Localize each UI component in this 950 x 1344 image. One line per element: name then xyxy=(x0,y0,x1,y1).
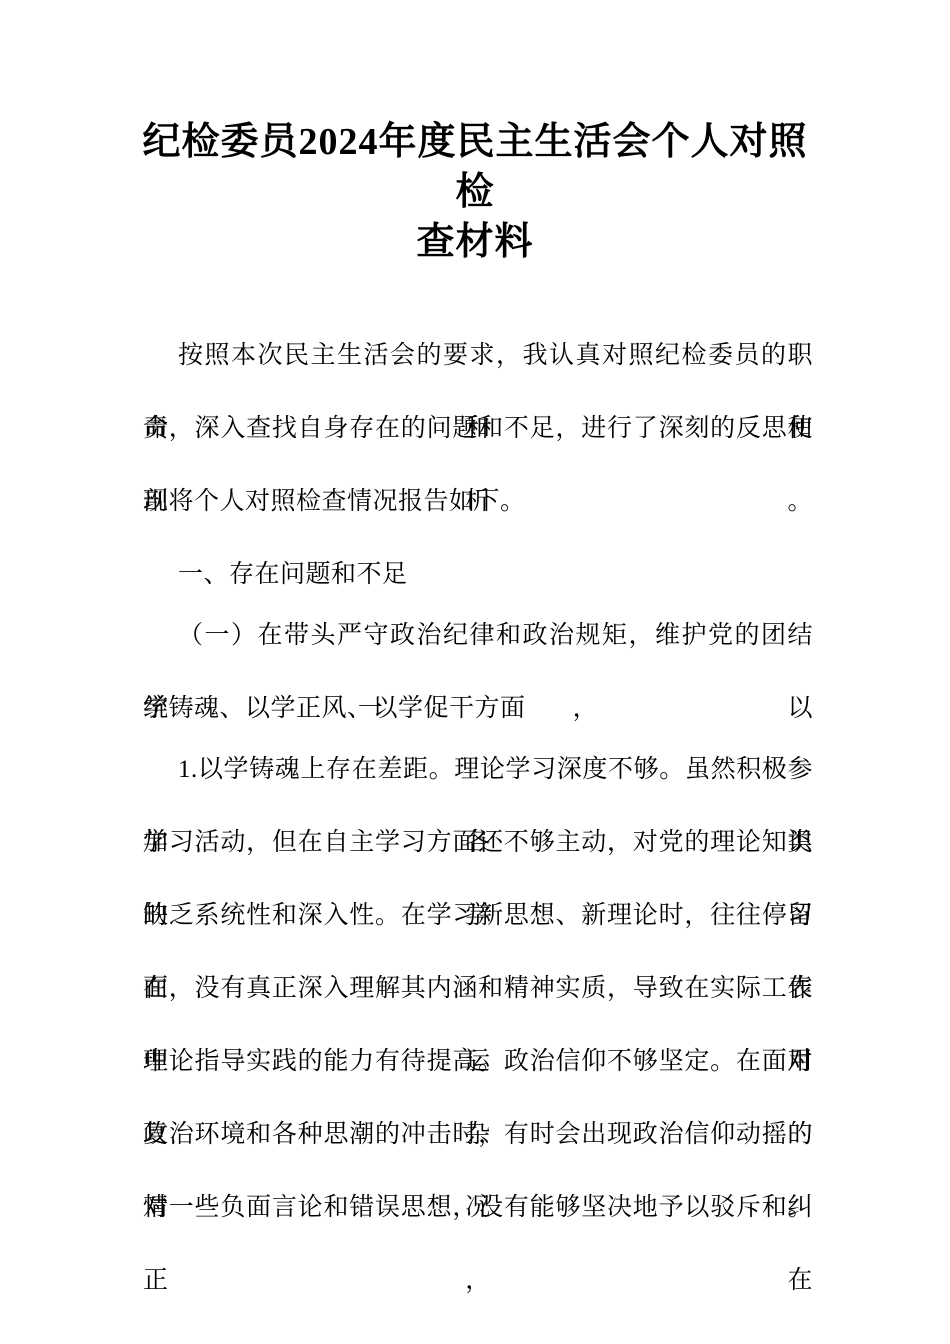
document-line: 1.以学铸魂上存在差距。理论学习深度不够。虽然积极参加各类 xyxy=(143,733,813,806)
document-line: 理论指导实践的能力有待提高。政治信仰不够坚定。在面对复杂的 xyxy=(143,1025,813,1098)
document-line: 按照本次民主生活会的要求，我认真对照纪检委员的职责和使 xyxy=(143,319,813,392)
subsection-heading: （一）在带头严守政治纪律和政治规矩，维护党的团结统一，以 xyxy=(143,599,813,672)
document-line: 对一些负面言论和错误思想，没有能够坚决地予以驳斥和纠正，在 xyxy=(143,1171,813,1244)
document-title: 纪检委员2024年度民主生活会个人对照检 查材料 xyxy=(130,117,820,267)
document-page: 纪检委员2024年度民主生活会个人对照检 查材料 按照本次民主生活会的要求，我认… xyxy=(0,0,950,1344)
document-line: 面，没有真正深入理解其内涵和精神实质，导致在实际工作中运用 xyxy=(143,952,813,1025)
document-line: 政治环境和各种思潮的冲击时，有时会出现政治信仰动摇的情况。 xyxy=(143,1098,813,1171)
document-line: 学习活动，但在自主学习方面还不够主动，对党的理论知识的学习 xyxy=(143,806,813,879)
title-line-1: 纪检委员2024年度民主生活会个人对照检 xyxy=(130,117,820,217)
title-line-2: 查材料 xyxy=(130,217,820,267)
document-line: 缺乏系统性和深入性。在学习新思想、新理论时，往往停留在表 xyxy=(143,879,813,952)
document-line: 命，深入查找自身存在的问题和不足，进行了深刻的反思和剖析。 xyxy=(143,392,813,465)
document-body: 按照本次民主生活会的要求，我认真对照纪检委员的职责和使 命，深入查找自身存在的问… xyxy=(143,319,813,1244)
